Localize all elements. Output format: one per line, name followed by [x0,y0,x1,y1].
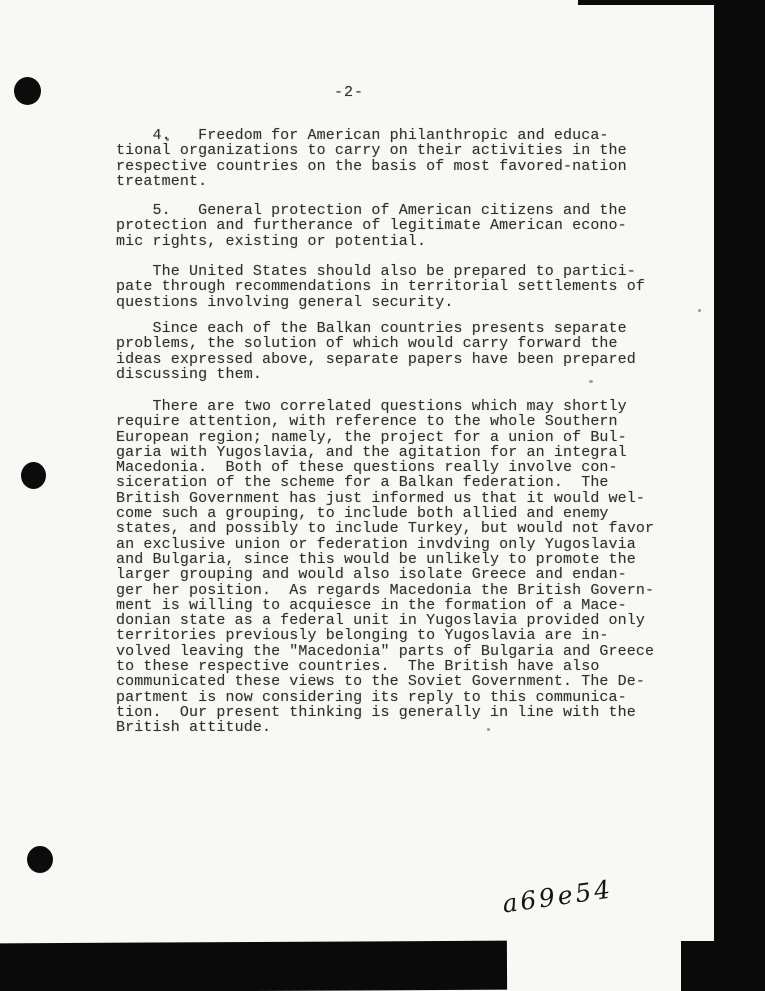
hole-punch-top [14,77,41,105]
paragraph-point-4: 4. Freedom for American philanthropic an… [116,128,627,189]
scan-edge-bottom-left [0,941,507,991]
paragraph-correlated-questions: There are two correlated questions which… [116,399,654,736]
hole-punch-bottom [27,846,53,873]
paragraph-balkan-countries: Since each of the Balkan countries prese… [116,321,636,382]
scan-speck [698,309,701,312]
scan-edge-right [714,0,765,991]
page-number: -2- [334,84,364,101]
paragraph-point-5: 5. General protection of American citize… [116,203,627,249]
hole-punch-middle [21,462,46,489]
handwritten-archive-code: a69e54 [501,874,615,918]
paragraph-us-participation: The United States should also be prepare… [116,264,645,310]
scanned-document-page: -2- 4. Freedom for American philanthropi… [0,0,765,991]
scan-edge-right-bottom [681,941,765,991]
